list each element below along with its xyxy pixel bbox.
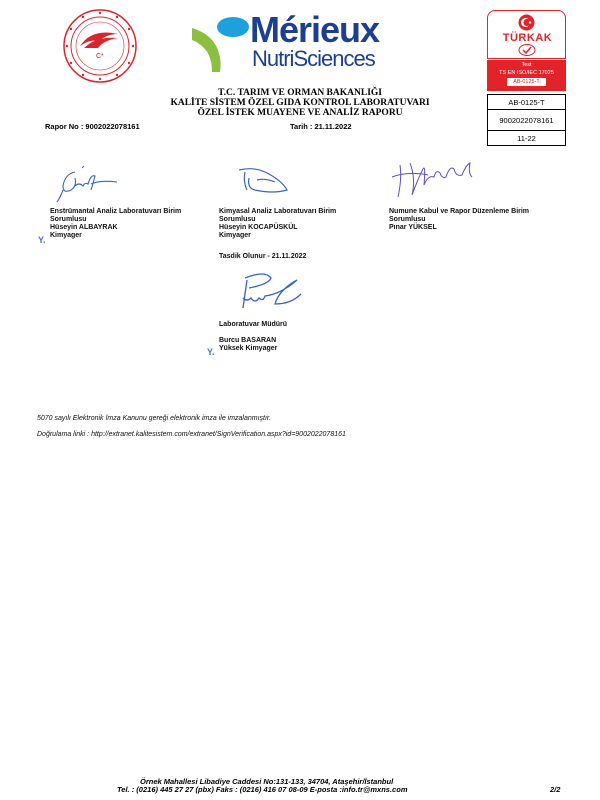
signature-albayrak-icon xyxy=(55,160,125,205)
esign-notice: 5070 sayılı Elektronik İmza Kanunu gereğ… xyxy=(37,411,346,443)
svg-text:C*: C* xyxy=(96,53,104,60)
lab-title: KALİTE SİSTEM ÖZEL GIDA KONTROL LABORATU… xyxy=(100,98,500,108)
signatory-role: Enstrümantal Analiz Laboratuvarı Birim xyxy=(50,208,200,216)
signatory-title: Kimyager xyxy=(50,232,200,240)
signatory-yuksel: Numune Kabul ve Rapor Düzenleme Birim So… xyxy=(389,208,559,232)
signatory-name: Hüseyin KOCAPÜSKÜL xyxy=(219,224,369,232)
merieux-leaf-icon xyxy=(190,10,252,72)
checkmark-icon xyxy=(518,44,536,56)
lab-director: Burcu BASARAN Yüksek Kimyager xyxy=(219,337,369,353)
report-number: Rapor No : 9002022078161 xyxy=(45,122,140,131)
esign-mark-icon: Y. xyxy=(38,235,46,245)
signatory-name: Hüseyin ALBAYRAK xyxy=(50,224,200,232)
director-title: Yüksek Kimyager xyxy=(219,345,369,353)
date-code-cell: 11-22 xyxy=(488,131,566,146)
signature-yuksel-icon xyxy=(388,155,488,205)
report-title: ÖZEL İSTEK MUAYENE VE ANALİZ RAPORU xyxy=(100,108,500,118)
approval-statement: Tasdik Olunur - 21.11.2022 xyxy=(219,253,306,260)
ministry-seal-icon: C* xyxy=(62,8,138,84)
signatory-role-cont: Sorumlusu xyxy=(389,216,559,224)
merieux-subname: NutriSciences xyxy=(252,48,375,70)
signature-basaran-icon xyxy=(235,268,310,313)
esign-mark-icon: Y. xyxy=(207,347,215,357)
signatory-role-cont: Sorumlusu xyxy=(219,216,369,224)
signatory-albayrak: Enstrümantal Analiz Laboratuvarı Birim S… xyxy=(50,208,200,240)
signatory-name: Pınar YÜKSEL xyxy=(389,224,559,232)
turkak-name: TÜRKAK xyxy=(488,32,567,44)
merieux-name: Mérieux xyxy=(250,12,379,48)
lab-director-title: Laboratuvar Müdürü xyxy=(219,321,287,328)
ministry-seal-logo: C* xyxy=(62,8,138,84)
crescent-star-icon xyxy=(518,14,535,31)
esign-law-text: 5070 sayılı Elektronik İmza Kanunu gereğ… xyxy=(37,411,346,427)
report-date: Tarih : 21.11.2022 xyxy=(290,122,352,131)
signature-kocapuskul-icon xyxy=(235,160,295,200)
turkak-code: AB-0125-T xyxy=(507,78,546,86)
turkak-standard: TS EN ISO/IEC 17025 xyxy=(487,69,566,77)
footer-contact: Tel. : (0216) 445 27 27 (pbx) Faks : (02… xyxy=(117,786,407,794)
signatory-role-cont: Sorumlusu xyxy=(50,216,200,224)
signatory-kocapuskul: Kimyasal Analiz Laboratuvarı Birim Sorum… xyxy=(219,208,369,240)
page-number: 2/2 xyxy=(550,786,560,794)
signatory-role: Kimyasal Analiz Laboratuvarı Birim xyxy=(219,208,369,216)
turkak-test-label: Test xyxy=(487,61,566,69)
turkak-standard-label: Test TS EN ISO/IEC 17025 AB-0125-T xyxy=(487,60,566,91)
signatory-title: Kimyager xyxy=(219,232,369,240)
merieux-nutrisciences-logo: Mérieux NutriSciences xyxy=(190,10,415,72)
director-name: Burcu BASARAN xyxy=(219,337,369,345)
verification-link[interactable]: Doğrulama linki : http://extranet.kalite… xyxy=(37,427,346,443)
ministry-title: T.C. TARIM VE ORMAN BAKANLIĞI xyxy=(100,88,500,98)
signatory-role: Numune Kabul ve Rapor Düzenleme Birim xyxy=(389,208,559,216)
report-header-titles: T.C. TARIM VE ORMAN BAKANLIĞI KALİTE SİS… xyxy=(100,88,500,118)
turkak-logo-box: TÜRKAK xyxy=(487,10,566,59)
